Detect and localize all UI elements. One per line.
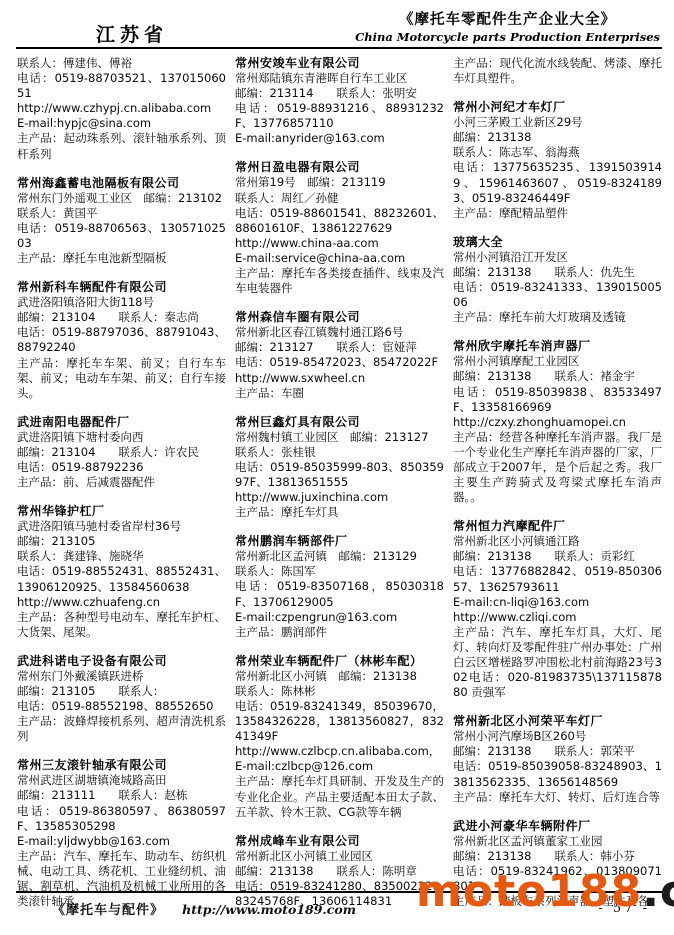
entry-line: 电话：0519-88703521、13701506051 (17, 71, 226, 101)
entry-line: 电话：0519-83241333、13901500506 (453, 280, 662, 310)
footer-magazine-title: 《摩托车与配件》 (52, 903, 164, 918)
company-entry: 玻璃大全常州小河镇沿江开发区邮编：213138 联系人：仇先生电话：0519-8… (453, 235, 662, 325)
entry-line: 主产品：摩托车前大灯玻璃及透镜 (453, 310, 662, 325)
entry-line: 常州新北区小河镇工业园区 (235, 849, 444, 864)
entry-line: 主产品：各种型号电动车、摩托车护杠、大货架、尾架。 (17, 610, 226, 640)
company-name: 常州鹏润车辆部件厂 (235, 534, 444, 549)
entry-line: 电话：0519-83507168，85030318F、13706129005 (235, 579, 444, 609)
entry-line: 联系人：陈志军、翁海燕 (453, 145, 662, 160)
entry-line: 电话：0519-85035999-803、85035997F、138136515… (235, 460, 444, 490)
company-name: 常州新北区小河荣平车灯厂 (453, 714, 662, 729)
company-name: 常州三友滚针轴承有限公司 (17, 758, 226, 773)
entry-line: 联系人：陈国军 (235, 564, 444, 579)
company-entry: 常州荣业车辆配件厂（林彬车配）常州新北区小河镇 邮编：213138联系人：陈林彬… (235, 654, 444, 820)
entry-line: 武进洛阳镇洛阳大街118号 (17, 295, 226, 310)
company-entry: 常州小河纪才车灯厂小河三茅殿工业新区29号邮编：213138联系人：陈志军、翁海… (453, 100, 662, 221)
company-name: 常州成峰车业有限公司 (235, 834, 444, 849)
entry-line: 常州郑陆镇东青港晖自行车工业区 (235, 71, 444, 86)
entry-line: 联系人：陈林彬 (235, 684, 444, 699)
entry-line: 常州新北区小河镇 邮编：213138 (235, 669, 444, 684)
book-title: 《摩托车零配件生产企业大全》 (355, 8, 660, 29)
company-name: 常州小河纪才车灯厂 (453, 100, 662, 115)
entry-line: 武进洛阳镇下塘村委向西 (17, 430, 226, 445)
company-name: 常州欣宇摩托车消声器厂 (453, 339, 662, 354)
directory-column: 主产品：现代化流水线装配、烤漆、摩托车灯具塑件。常州小河纪才车灯厂小河三茅殿工业… (453, 56, 662, 923)
company-name: 常州恒力汽摩配件厂 (453, 519, 662, 534)
entry-line: 邮编：213138 联系人：郭荣平 (453, 744, 662, 759)
entry-line: E-mail:anyrider@163.com (235, 131, 444, 146)
entry-line: 小河三茅殿工业新区29号 (453, 115, 662, 130)
directory-columns: 联系人：傅建伟、傅裕电话：0519-88703521、13701506051ht… (17, 56, 663, 923)
entry-line: 常州小河镇摩配工业园区 (453, 354, 662, 369)
footer: 《摩托车与配件》 http://www.moto189.com (52, 899, 356, 918)
entry-line: 主产品：摩托车灯具研制、开发及生产的专业化企业。产品主要适配本田太子款、五羊款、… (235, 774, 444, 819)
entry-line: 常州东门外戴溪镇跃进桥 (17, 669, 226, 684)
company-name: 武进小河豪华车辆附件厂 (453, 819, 662, 834)
entry-line: 主产品：起动珠系列、滚针轴承系列、顶杆系列 (17, 131, 226, 161)
entry-line: E-mail:cn-liqi@163.com (453, 595, 662, 610)
entry-line: 电话：0519-85039058-83248903、13813562335、13… (453, 759, 662, 789)
entry-line: 常州新北区春江镇魏村通江路6号 (235, 325, 444, 340)
entry-line: http://www.sxwheel.cn (235, 371, 444, 386)
company-entry: 常州安竣车业有限公司常州郑陆镇东青港晖自行车工业区邮编：213114 联系人：张… (235, 56, 444, 146)
entry-line: 常州新北区小河镇通江路 (453, 534, 662, 549)
entry-line: 电话：0519-83241349，85039670，13584326228，13… (235, 699, 444, 744)
entry-line: 主产品：鹏润部件 (235, 625, 444, 640)
entry-line: 邮编：213138 联系人：褚金宇 (453, 369, 662, 384)
entry-line: 主产品：经营各种摩托车消声器。我厂是一个专业化生产摩托车消声器的厂家，厂部成立于… (453, 430, 662, 505)
entry-line: 邮编：213138 (453, 130, 662, 145)
entry-line: http://www.czhuafeng.cn (17, 595, 226, 610)
entry-line: 电话：0519-88792236 (17, 460, 226, 475)
company-entry: 常州成峰车业有限公司常州新北区小河镇工业园区邮编：213138 联系人：陈明章电… (235, 834, 444, 909)
entry-line: 主产品：摩配精品塑件 (453, 206, 662, 221)
company-entry: 常州三友滚针轴承有限公司常州武进区湖塘镇淹城路高田邮编：213111 联系人：赵… (17, 758, 226, 909)
book-subtitle: China Motorcycle parts Production Enterp… (355, 30, 660, 44)
entry-line: E-mail:yljdwybb@163.com (17, 834, 226, 849)
entry-line: 主产品：摩托车灯具 (235, 505, 444, 520)
watermark-logo: moto188.com (416, 870, 674, 914)
directory-column: 常州安竣车业有限公司常州郑陆镇东青港晖自行车工业区邮编：213114 联系人：张… (235, 56, 444, 923)
company-name: 武进南阳电器配件厂 (17, 415, 226, 430)
entry-line: 联系人：周红／孙健 (235, 191, 444, 206)
company-name: 常州荣业车辆配件厂（林彬车配） (235, 654, 444, 669)
entry-line: 电话：13775635235、13915039149、15961463607、0… (453, 160, 662, 205)
company-name: 常州海鑫蓄电池隔板有限公司 (17, 176, 226, 191)
entry-line: 电话：0519-85472023、85472022F (235, 355, 444, 370)
entry-line: 常州武进区湖塘镇淹城路高田 (17, 773, 226, 788)
entry-line: http://www.czhypj.cn.alibaba.com (17, 101, 226, 116)
company-entry: 常州森信车圈有限公司常州新北区春江镇魏村通江路6号邮编：213127 联系人：宦… (235, 310, 444, 400)
book-title-block: 《摩托车零配件生产企业大全》 China Motorcycle parts Pr… (355, 8, 660, 44)
entry-line: http://www.czlbcp.cn.alibaba.com， (235, 744, 444, 759)
entry-line: 主产品：摩托车大灯、转灯、后灯连合等 (453, 790, 662, 805)
directory-column: 联系人：傅建伟、傅裕电话：0519-88703521、13701506051ht… (17, 56, 226, 923)
company-name: 武进科诺电子设备有限公司 (17, 654, 226, 669)
company-entry: 联系人：傅建伟、傅裕电话：0519-88703521、13701506051ht… (17, 56, 226, 162)
entry-line: 常州小河汽摩场B区260号 (453, 729, 662, 744)
company-entry: 常州华锋护杠厂武进洛阳镇马驰村委省岸村36号邮编：213105联系人：龚建锋、施… (17, 504, 226, 640)
entry-line: 联系人：傅建伟、傅裕 (17, 56, 226, 71)
entry-line: 联系人：黄国平 (17, 206, 226, 221)
directory-page: 江苏省 《摩托车零配件生产企业大全》 China Motorcycle part… (0, 0, 674, 935)
entry-line: 主产品：车圈 (235, 386, 444, 401)
entry-line: 邮编：213138 联系人：韩小芬 (453, 849, 662, 864)
entry-line: 主产品：前、后减震器配件 (17, 475, 226, 490)
entry-line: E-mail:czpengrun@163.com (235, 610, 444, 625)
entry-line: 邮编：213105 联系人： (17, 684, 226, 699)
entry-line: 常州东门外遥观工业区 邮编：213102 (17, 191, 226, 206)
entry-line: 主产品：摩托车各类接查插件、线束及汽车电装器件 (235, 266, 444, 296)
entry-line: 邮编：213104 联系人：秦志尚 (17, 310, 226, 325)
company-name: 常州日盈电器有限公司 (235, 160, 444, 175)
company-name: 常州新科车辆配件有限公司 (17, 280, 226, 295)
company-entry: 常州日盈电器有限公司常州第19号 邮编：213119联系人：周红／孙健电话：05… (235, 160, 444, 296)
company-name: 常州森信车圈有限公司 (235, 310, 444, 325)
entry-line: 邮编：213138 联系人：陈明章 (235, 864, 444, 879)
company-entry: 常州欣宇摩托车消声器厂常州小河镇摩配工业园区邮编：213138 联系人：褚金宇电… (453, 339, 662, 505)
header-divider (16, 47, 662, 49)
entry-line: 武进洛阳镇马驰村委省岸村36号 (17, 519, 226, 534)
company-entry: 常州新科车辆配件有限公司武进洛阳镇洛阳大街118号邮编：213104 联系人：秦… (17, 280, 226, 401)
company-name: 常州巨鑫灯具有限公司 (235, 415, 444, 430)
entry-line: 常州魏村镇工业园区 邮编：213127 (235, 430, 444, 445)
entry-line: http://czxy.zhonghuamopei.cn (453, 415, 662, 430)
entry-line: 常州第19号 邮编：213119 (235, 175, 444, 190)
entry-line: E-mail:service@china-aa.com (235, 251, 444, 266)
company-entry: 常州巨鑫灯具有限公司常州魏村镇工业园区 邮编：213127联系人：张桂银电话：0… (235, 415, 444, 521)
company-name: 常州华锋护杠厂 (17, 504, 226, 519)
entry-line: 主产品：汽车、摩托车灯具，大灯、尾灯、转向灯及零配件驻广州办事处：广州白云区增槎… (453, 625, 662, 700)
watermark-suffix: .com (642, 866, 674, 917)
entry-line: 主产品：摩托车电池新型隔板 (17, 251, 226, 266)
company-entry: 常州鹏润车辆部件厂常州新北区孟河镇 邮编：213129联系人：陈国军电话：051… (235, 534, 444, 640)
company-entry: 常州恒力汽摩配件厂常州新北区小河镇通江路邮编：213138 联系人：贡彩红电话：… (453, 519, 662, 700)
company-name: 常州安竣车业有限公司 (235, 56, 444, 71)
entry-line: E-mail:hypjc@sina.com (17, 116, 226, 131)
entry-line: 邮编：213114 联系人：张明安 (235, 86, 444, 101)
entry-line: 主产品：波蜂焊接机系列、超声清洗机系列 (17, 714, 226, 744)
entry-line: 邮编：213138 联系人：仇先生 (453, 265, 662, 280)
entry-line: 联系人：张桂银 (235, 445, 444, 460)
entry-line: 电话：0519-85039838、83533497F、13358166969 (453, 385, 662, 415)
entry-line: 主产品：现代化流水线装配、烤漆、摩托车灯具塑件。 (453, 56, 662, 86)
company-entry: 武进科诺电子设备有限公司常州东门外戴溪镇跃进桥邮编：213105 联系人：电话：… (17, 654, 226, 744)
company-entry: 主产品：现代化流水线装配、烤漆、摩托车灯具塑件。 (453, 56, 662, 86)
entry-line: 常州新北区孟河镇 邮编：213129 (235, 549, 444, 564)
entry-line: 电话：13776882842、0519-85030657、13625793611 (453, 564, 662, 594)
entry-line: 联系人：龚建锋、施晓华 (17, 549, 226, 564)
entry-line: 邮编：213104 联系人：许农民 (17, 445, 226, 460)
entry-line: 电话：0519-88552198、88552650 (17, 699, 226, 714)
entry-line: 常州小河镇沿江开发区 (453, 250, 662, 265)
company-entry: 常州海鑫蓄电池隔板有限公司常州东门外遥观工业区 邮编：213102联系人：黄国平… (17, 176, 226, 266)
entry-line: 电话：0519-88797036、88791043、88792240 (17, 325, 226, 355)
entry-line: 电话：0519-88552431、88552431、13906120925、13… (17, 564, 226, 594)
entry-line: 电话：0519-86380597、86380597F、13585305298 (17, 804, 226, 834)
entry-line: 常州新北区孟河镇董家工业园 (453, 834, 662, 849)
company-entry: 常州新北区小河荣平车灯厂常州小河汽摩场B区260号邮编：213138 联系人：郭… (453, 714, 662, 804)
entry-line: http://www.czliqi.com (453, 610, 662, 625)
entry-line: http://www.juxinchina.com (235, 490, 444, 505)
entry-line: http://www.china-aa.com (235, 236, 444, 251)
entry-line: 邮编：213105 (17, 534, 226, 549)
region-title: 江苏省 (96, 20, 168, 47)
footer-url: http://www.moto189.com (182, 902, 356, 917)
entry-line: 主产品：摩托车车架、前叉；自行车车架、前叉；电动车车架、前叉；自行车接头。 (17, 356, 226, 401)
watermark-brand: moto188 (416, 866, 642, 917)
company-name: 玻璃大全 (453, 235, 662, 250)
entry-line: 邮编：213111 联系人：赵栋 (17, 788, 226, 803)
entry-line: 邮编：213127 联系人：宦娅萍 (235, 340, 444, 355)
company-entry: 武进南阳电器配件厂武进洛阳镇下塘村委向西邮编：213104 联系人：许农民电话：… (17, 415, 226, 490)
entry-line: 电话：0519-88706563、13057102503 (17, 221, 226, 251)
entry-line: 邮编：213138 联系人：贡彩红 (453, 549, 662, 564)
entry-line: E-mail:czlbcp@126.com (235, 759, 444, 774)
entry-line: 电话：0519-88601541、88232601、88601610F、1386… (235, 206, 444, 236)
entry-line: 电话：0519-88931216、88931232F、13776857110 (235, 101, 444, 131)
